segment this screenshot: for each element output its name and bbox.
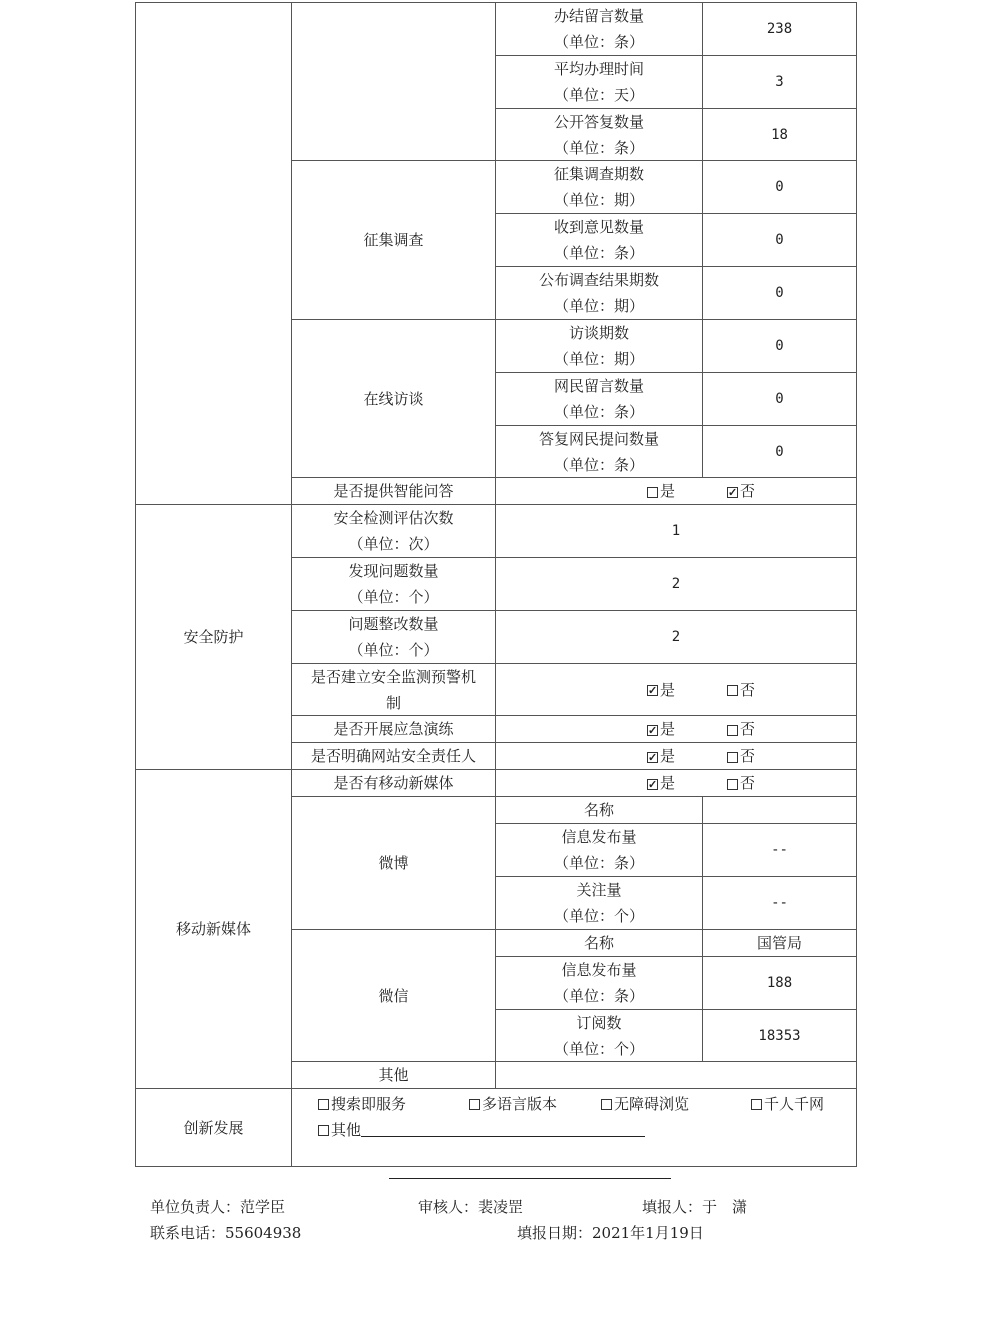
smart-qa-no-option[interactable]: ✓否 bbox=[727, 478, 755, 504]
other-fill-line-2[interactable] bbox=[370, 1146, 671, 1201]
innovation-option-search-service[interactable]: 搜索即服务 bbox=[318, 1093, 406, 1114]
no-option[interactable]: 否 bbox=[727, 770, 755, 796]
checkbox-checked-icon[interactable]: ✓ bbox=[647, 725, 658, 736]
emergency-drill-options: ✓是 否 bbox=[495, 715, 857, 743]
other-media-value bbox=[495, 1061, 857, 1089]
row-value: 0 bbox=[702, 266, 857, 320]
row-value: 2 bbox=[495, 610, 857, 664]
row-value: 0 bbox=[702, 372, 857, 426]
checkbox-unchecked-icon[interactable] bbox=[469, 1099, 480, 1110]
yes-option[interactable]: ✓是 bbox=[647, 743, 675, 769]
unit-head: 单位负责人：范学臣 bbox=[150, 1196, 285, 1217]
has-mobile-options: ✓是 否 bbox=[495, 769, 857, 797]
row-value: 238 bbox=[702, 2, 857, 56]
weibo-name-value bbox=[702, 796, 857, 824]
section-continued-cell bbox=[135, 2, 292, 505]
no-option[interactable]: 否 bbox=[727, 743, 755, 769]
row-label: 网民留言数量 （单位：条） bbox=[495, 372, 703, 426]
row-label: 办结留言数量 （单位：条） bbox=[495, 2, 703, 56]
checkbox-unchecked-icon[interactable] bbox=[601, 1099, 612, 1110]
other-media-label: 其他 bbox=[291, 1061, 496, 1089]
row-value: 1 bbox=[495, 504, 857, 558]
survey-group-label: 征集调查 bbox=[291, 160, 496, 320]
row-value: 3 bbox=[702, 55, 857, 109]
innovation-option-accessibility[interactable]: 无障碍浏览 bbox=[601, 1093, 689, 1114]
row-value: 188 bbox=[702, 956, 857, 1010]
innovation-option-multilingual[interactable]: 多语言版本 bbox=[469, 1093, 557, 1114]
row-value: -- bbox=[702, 876, 857, 930]
checkbox-unchecked-icon[interactable] bbox=[318, 1125, 329, 1136]
no-option[interactable]: 否 bbox=[727, 677, 755, 703]
row-label: 发现问题数量 （单位：个） bbox=[291, 557, 496, 611]
checkbox-unchecked-icon[interactable] bbox=[647, 487, 658, 498]
security-warning-options: ✓是 否 bbox=[495, 663, 857, 716]
no-option[interactable]: 否 bbox=[727, 716, 755, 742]
row-value: 0 bbox=[702, 425, 857, 478]
row-label: 征集调查期数 （单位：期） bbox=[495, 160, 703, 214]
row-label: 平均办理时间 （单位：天） bbox=[495, 55, 703, 109]
checkbox-checked-icon[interactable]: ✓ bbox=[647, 685, 658, 696]
checkbox-unchecked-icon[interactable] bbox=[751, 1099, 762, 1110]
row-value: 0 bbox=[702, 213, 857, 267]
row-label: 信息发布量 （单位：条） bbox=[495, 956, 703, 1010]
interview-group-label: 在线访谈 bbox=[291, 319, 496, 478]
row-value: 18353 bbox=[702, 1009, 857, 1062]
smart-qa-options: 是 ✓否 bbox=[495, 477, 857, 505]
checkbox-unchecked-icon[interactable] bbox=[727, 685, 738, 696]
security-section-label: 安全防护 bbox=[135, 504, 292, 770]
group-continued-cell bbox=[291, 2, 496, 161]
checkbox-unchecked-icon[interactable] bbox=[727, 725, 738, 736]
row-value: -- bbox=[702, 823, 857, 877]
row-value: 0 bbox=[702, 160, 857, 214]
yes-option[interactable]: ✓是 bbox=[647, 716, 675, 742]
row-label: 信息发布量 （单位：条） bbox=[495, 823, 703, 877]
row-value: 18 bbox=[702, 108, 857, 161]
mobile-section-label: 移动新媒体 bbox=[135, 769, 292, 1089]
checkbox-checked-icon[interactable]: ✓ bbox=[647, 752, 658, 763]
row-label: 公开答复数量 （单位：条） bbox=[495, 108, 703, 161]
row-label: 安全检测评估次数 （单位：次） bbox=[291, 504, 496, 558]
row-label: 公布调查结果期数 （单位：期） bbox=[495, 266, 703, 320]
row-label: 是否建立安全监测预警机 制 bbox=[291, 663, 496, 716]
row-label: 收到意见数量 （单位：条） bbox=[495, 213, 703, 267]
row-label: 名称 bbox=[495, 929, 703, 957]
row-label: 是否有移动新媒体 bbox=[291, 769, 496, 797]
checkbox-unchecked-icon[interactable] bbox=[318, 1099, 329, 1110]
innovation-option-personalized[interactable]: 千人千网 bbox=[751, 1093, 824, 1114]
checkbox-unchecked-icon[interactable] bbox=[727, 779, 738, 790]
checkbox-unchecked-icon[interactable] bbox=[727, 752, 738, 763]
row-label: 访谈期数 （单位：期） bbox=[495, 319, 703, 373]
row-label: 订阅数 （单位：个） bbox=[495, 1009, 703, 1062]
security-owner-options: ✓是 否 bbox=[495, 742, 857, 770]
smart-qa-yes-option[interactable]: 是 bbox=[647, 478, 675, 504]
wechat-name-value: 国管局 bbox=[702, 929, 857, 957]
filler: 填报人：于 潇 bbox=[642, 1196, 747, 1217]
reviewer: 审核人：裴凌罡 bbox=[418, 1196, 523, 1217]
checkbox-checked-icon[interactable]: ✓ bbox=[727, 487, 738, 498]
row-label: 是否开展应急演练 bbox=[291, 715, 496, 743]
other-fill-line[interactable] bbox=[361, 1122, 645, 1137]
row-label: 答复网民提问数量 （单位：条） bbox=[495, 425, 703, 478]
contact-phone: 联系电话：55604938 bbox=[150, 1222, 301, 1243]
row-value: 2 bbox=[495, 557, 857, 611]
yes-option[interactable]: ✓是 bbox=[647, 770, 675, 796]
smart-qa-label: 是否提供智能问答 bbox=[291, 477, 496, 505]
checkbox-checked-icon[interactable]: ✓ bbox=[647, 779, 658, 790]
innovation-section-label: 创新发展 bbox=[135, 1088, 292, 1167]
innovation-option-other[interactable]: 其他 bbox=[318, 1119, 645, 1140]
weibo-group-label: 微博 bbox=[291, 796, 496, 930]
yes-option[interactable]: ✓是 bbox=[647, 677, 675, 703]
row-label: 关注量 （单位：个） bbox=[495, 876, 703, 930]
row-label: 问题整改数量 （单位：个） bbox=[291, 610, 496, 664]
wechat-group-label: 微信 bbox=[291, 929, 496, 1062]
row-label: 名称 bbox=[495, 796, 703, 824]
fill-date: 填报日期：2021年1月19日 bbox=[517, 1222, 704, 1243]
row-label: 是否明确网站安全责任人 bbox=[291, 742, 496, 770]
row-value: 0 bbox=[702, 319, 857, 373]
